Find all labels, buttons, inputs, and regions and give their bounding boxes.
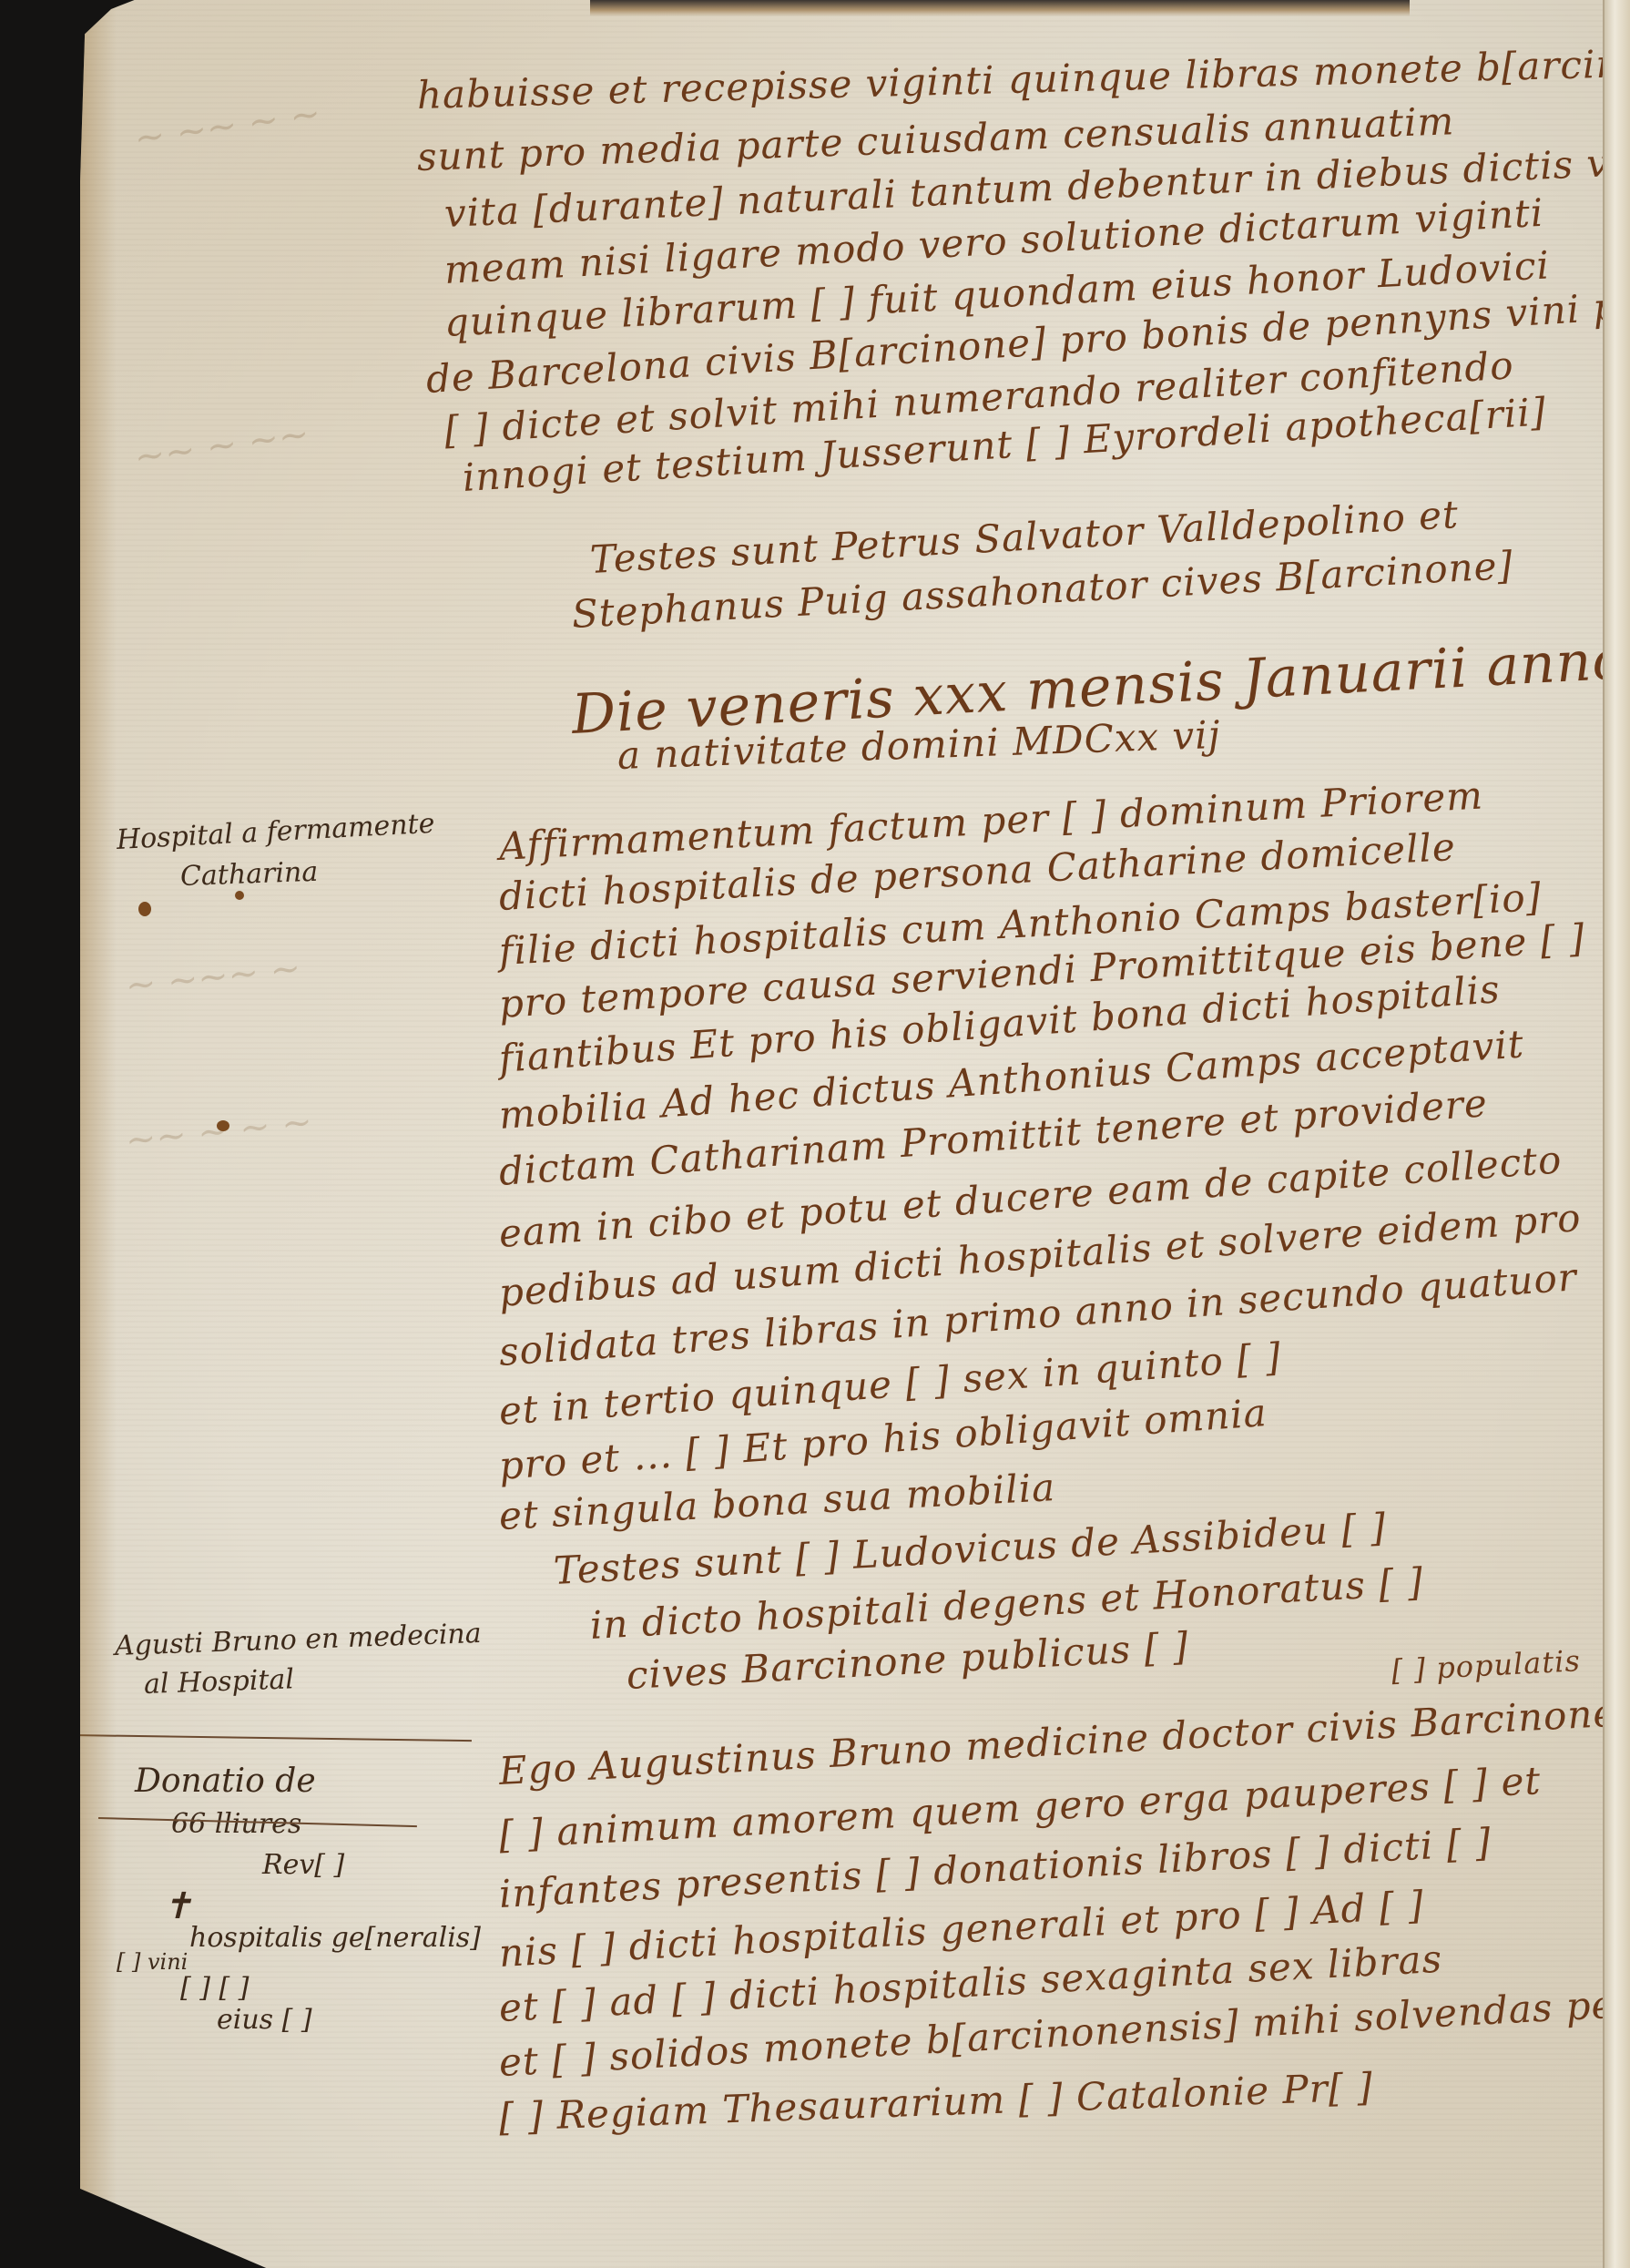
show-through-ink: ~~ ~ ~ ~ xyxy=(124,1101,314,1162)
margin-note-title: Agusti Bruno en medecina xyxy=(114,1618,482,1662)
show-through-ink: ~ ~~~ ~ xyxy=(124,947,303,1007)
margin-note-text: Rev[ ] xyxy=(262,1849,344,1881)
ink-blot xyxy=(138,902,151,916)
margin-rule xyxy=(71,1734,472,1742)
margin-note-title: Donatio de xyxy=(135,1762,316,1800)
show-through-ink: ~~ ~ ~~ xyxy=(132,413,312,478)
margin-note-text: hospitalis ge[neralis] xyxy=(189,1922,481,1954)
cross-mark-icon: ✝ xyxy=(162,1885,193,1927)
binding-gutter xyxy=(1603,0,1630,2268)
interlinear-insertion: [ ] populatis xyxy=(1391,1643,1582,1688)
manuscript-page: ~ ~~ ~ ~ ~~ ~ ~~ ~ ~~~ ~ ~~ ~ ~ ~ habuis… xyxy=(80,0,1630,2268)
margin-note-title: al Hospital xyxy=(143,1663,294,1701)
ink-blot xyxy=(217,1120,229,1131)
margin-note-amount: 66 lliures xyxy=(171,1808,301,1840)
margin-note-text: eius [ ] xyxy=(217,2004,312,2036)
top-edge-stain xyxy=(590,0,1410,16)
margin-note-text: [ ] vini xyxy=(117,1949,188,1975)
show-through-ink: ~ ~~ ~ ~ xyxy=(132,93,323,160)
margin-note-name: Catharina xyxy=(179,856,318,893)
margin-note-text: [ ] [ ] xyxy=(180,1972,249,2004)
margin-note-title: Hospital a fermamente xyxy=(116,808,435,856)
ink-blot xyxy=(235,891,244,900)
